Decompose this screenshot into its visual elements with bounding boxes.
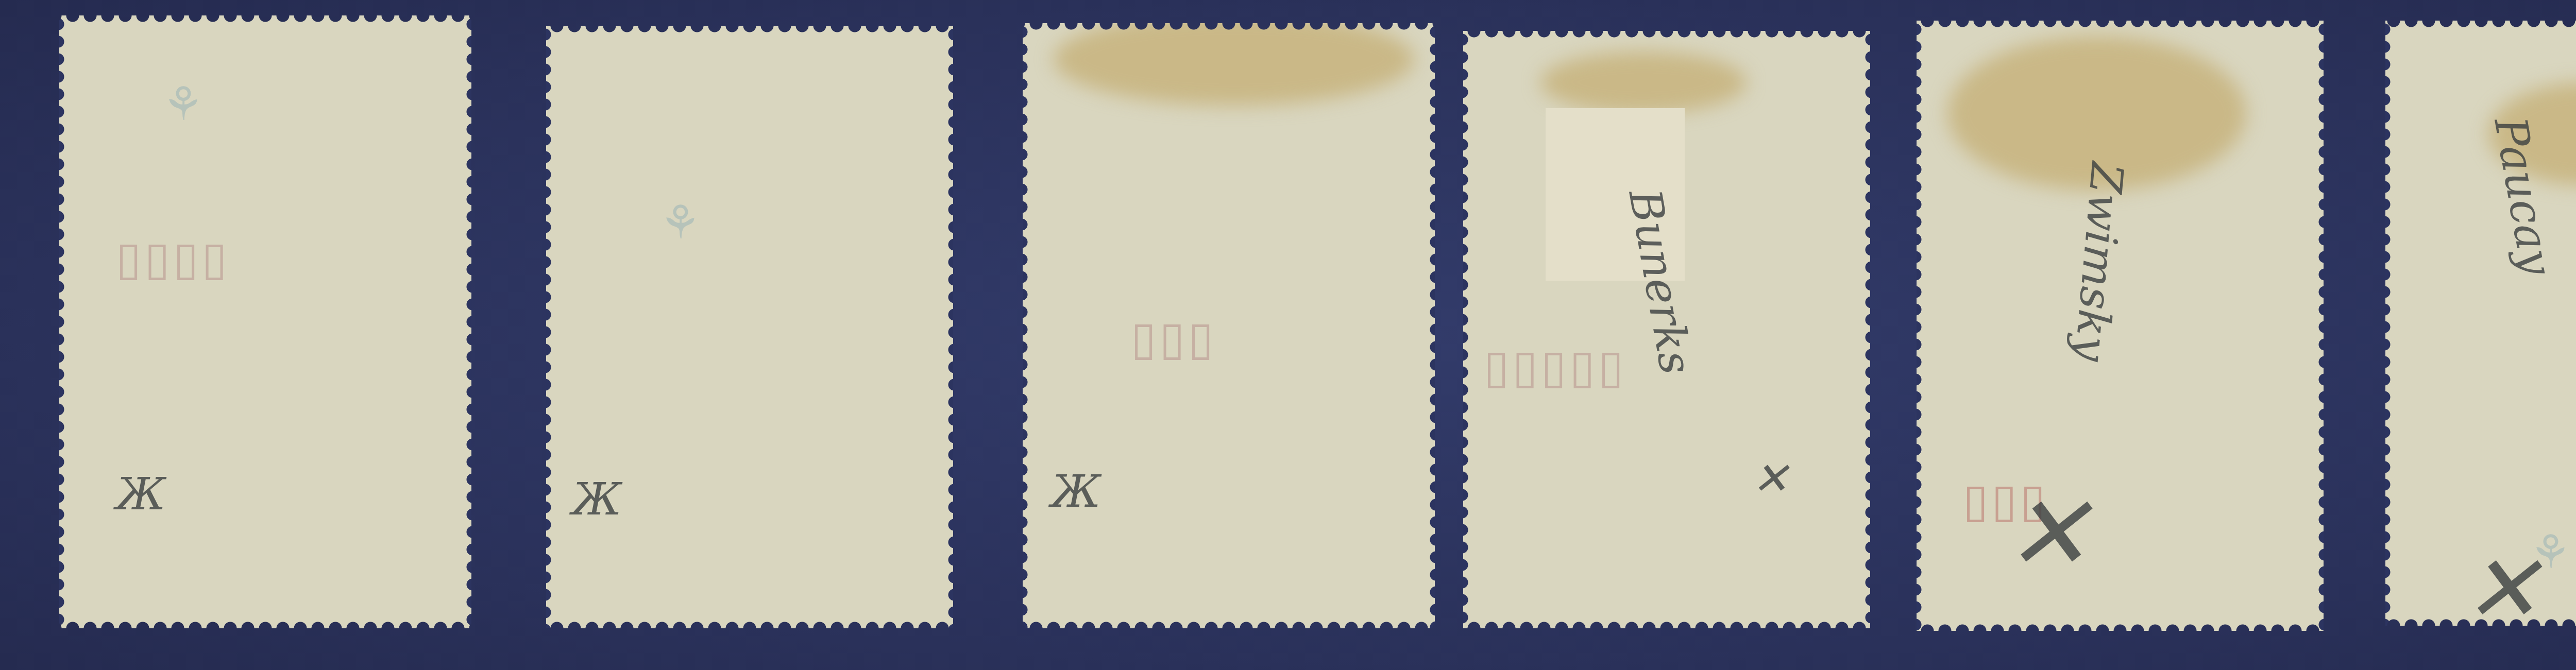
show-through-design: ⚘ [659,196,704,250]
stamp-back-2: ⚘ Ж [546,26,953,628]
pencil-x-mark: ✕ [2004,474,2091,594]
show-through-overprint: ▯▯▯▯▯ [1484,340,1627,394]
handwritten-signature: Bunerks [1619,185,1702,378]
stamp-back-6: ⚘ Paucay ✕ [2385,21,2576,626]
pencil-x-mark: ✕ [1752,453,1789,505]
stamp-back-5: ▯▯▯ Zwimsky ✕ [1917,21,2324,631]
pencil-signature-mark: Ж [572,474,622,525]
handwritten-signature: Zwimsky [2064,160,2133,364]
show-through-overprint: ▯▯▯▯ [116,232,230,286]
stamp-back-1: ▯▯▯▯ ⚘ Ж [59,15,471,628]
show-through-overprint: ▯▯▯ [1131,312,1217,366]
stamp-back-3: ▯▯▯ Ж [1023,23,1435,628]
show-through-design: ⚘ [162,77,207,131]
stamp-back-4: ▯▯▯▯▯ Bunerks ✕ [1463,31,1870,628]
pencil-signature-mark: Ж [1051,466,1101,518]
pencil-signature-mark: Ж [116,469,166,520]
